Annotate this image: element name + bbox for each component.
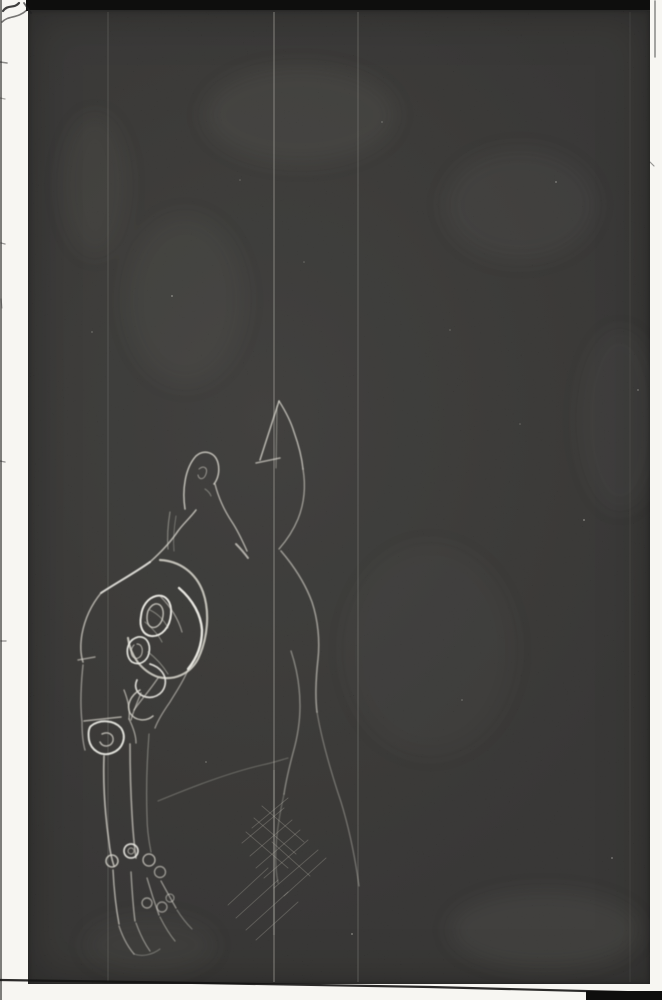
anatomical-sketch-svg [0,0,662,1000]
scanned-page [0,0,662,1000]
